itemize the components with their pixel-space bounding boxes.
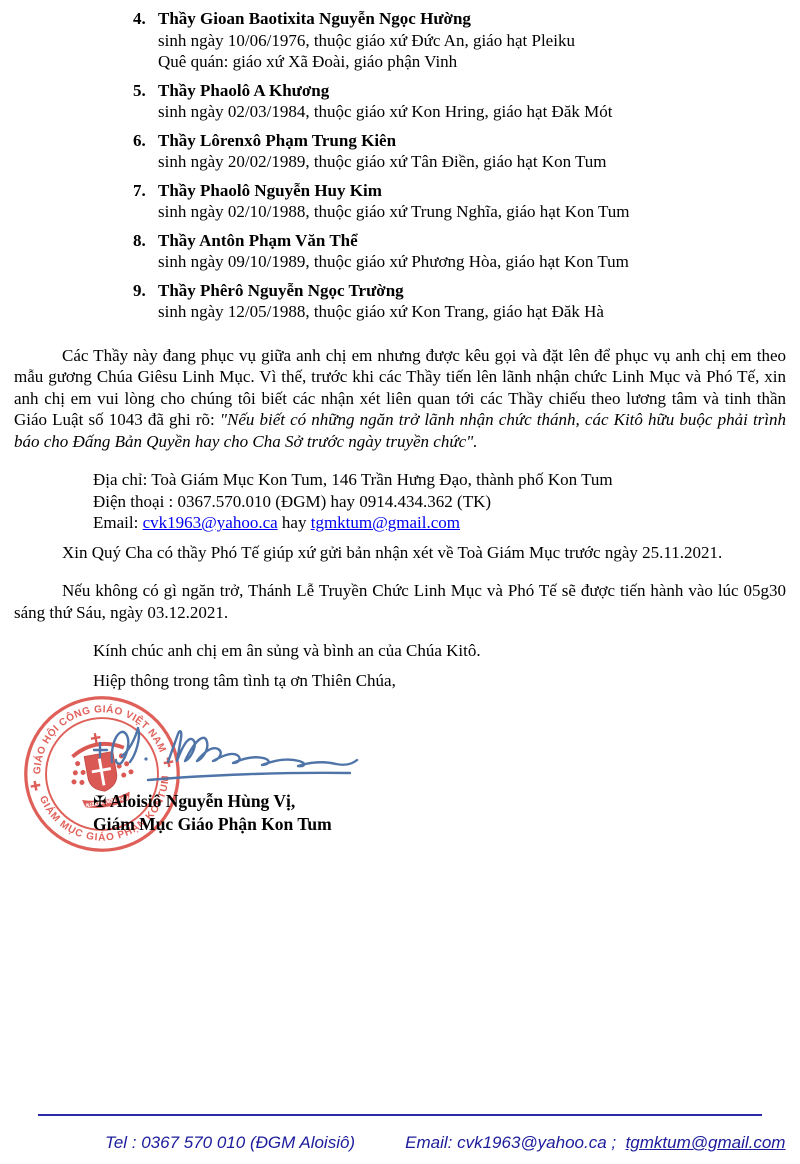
footer-email-yahoo: cvk1963@yahoo.ca bbox=[457, 1133, 607, 1153]
list-item: 7. Thầy Phaolô Nguyễn Huy Kim sinh ngày … bbox=[133, 180, 786, 223]
footer-email-label: Email: bbox=[405, 1133, 457, 1153]
list-item-body: Thầy Phêrô Nguyễn Ngọc Trường sinh ngày … bbox=[158, 280, 604, 323]
list-item: 9. Thầy Phêrô Nguyễn Ngọc Trường sinh ng… bbox=[133, 280, 786, 323]
footer-email-separator: ; bbox=[607, 1133, 626, 1153]
paragraph-ordination: Nếu không có gì ngăn trở, Thánh Lễ Truyề… bbox=[14, 580, 786, 623]
candidate-detail: sinh ngày 20/02/1989, thuộc giáo xứ Tân … bbox=[158, 151, 607, 173]
candidate-list: 4. Thầy Gioan Baotixita Nguyễn Ngọc Hườn… bbox=[133, 8, 786, 323]
list-item: 5. Thầy Phaolô A Khương sinh ngày 02/03/… bbox=[133, 80, 786, 123]
phone-line: Điện thoại : 0367.570.010 (ĐGM) hay 0914… bbox=[93, 491, 786, 513]
candidate-name: Thầy Gioan Baotixita Nguyễn Ngọc Hường bbox=[158, 8, 575, 30]
candidate-name: Thầy Phaolô Nguyễn Huy Kim bbox=[158, 180, 630, 202]
candidate-name: Thầy Antôn Phạm Văn Thể bbox=[158, 230, 629, 252]
list-item-body: Thầy Antôn Phạm Văn Thể sinh ngày 09/10/… bbox=[158, 230, 629, 273]
signer-title: Giám Mục Giáo Phận Kon Tum bbox=[93, 813, 332, 836]
paragraph-notice: Các Thầy này đang phục vụ giữa anh chị e… bbox=[14, 345, 786, 453]
list-item-number: 6. bbox=[133, 130, 158, 173]
list-item: 6. Thầy Lôrenxô Phạm Trung Kiên sinh ngà… bbox=[133, 130, 786, 173]
list-item: 4. Thầy Gioan Baotixita Nguyễn Ngọc Hườn… bbox=[133, 8, 786, 73]
bishop-signature bbox=[86, 698, 378, 798]
page-footer: Tel : 0367 570 010 (ĐGM Aloisiô) Email: … bbox=[0, 1114, 800, 1164]
email-label: Email: bbox=[93, 513, 143, 532]
list-item-number: 9. bbox=[133, 280, 158, 323]
address-line: Địa chỉ: Toà Giám Mục Kon Tum, 146 Trần … bbox=[93, 469, 786, 491]
candidate-detail: sinh ngày 10/06/1976, thuộc giáo xứ Đức … bbox=[158, 30, 575, 52]
blessing-line: Kính chúc anh chị em ân sủng và bình an … bbox=[93, 640, 786, 662]
list-item-body: Thầy Lôrenxô Phạm Trung Kiên sinh ngày 2… bbox=[158, 130, 607, 173]
candidate-detail: sinh ngày 12/05/1988, thuộc giáo xứ Kon … bbox=[158, 301, 604, 323]
signer-block: ✠ Aloisiô Nguyễn Hùng Vị, Giám Mục Giáo … bbox=[93, 790, 332, 836]
list-item-body: Thầy Gioan Baotixita Nguyễn Ngọc Hường s… bbox=[158, 8, 575, 73]
list-item: 8. Thầy Antôn Phạm Văn Thể sinh ngày 09/… bbox=[133, 230, 786, 273]
footer-divider bbox=[38, 1114, 762, 1116]
candidate-detail: Quê quán: giáo xứ Xã Đoài, giáo phận Vin… bbox=[158, 51, 575, 73]
candidate-detail: sinh ngày 02/10/1988, thuộc giáo xứ Trun… bbox=[158, 201, 630, 223]
footer-email-gmail-link[interactable]: tgmktum@gmail.com bbox=[626, 1133, 786, 1153]
email-link-gmail[interactable]: tgmktum@gmail.com bbox=[311, 513, 460, 532]
signature-area: GIÁO HỘI CÔNG GIÁO VIỆT NAM GIÁM MỤC GIÁ… bbox=[14, 694, 786, 846]
list-item-body: Thầy Phaolô Nguyễn Huy Kim sinh ngày 02/… bbox=[158, 180, 630, 223]
list-item-number: 8. bbox=[133, 230, 158, 273]
email-link-yahoo[interactable]: cvk1963@yahoo.ca bbox=[143, 513, 278, 532]
seal-cross-left-icon bbox=[30, 780, 41, 791]
signer-name-text: Aloisiô Nguyễn Hùng Vị, bbox=[106, 791, 295, 811]
list-item-number: 7. bbox=[133, 180, 158, 223]
list-item-number: 4. bbox=[133, 8, 158, 73]
candidate-name: Thầy Phêrô Nguyễn Ngọc Trường bbox=[158, 280, 604, 302]
list-item-number: 5. bbox=[133, 80, 158, 123]
list-item-body: Thầy Phaolô A Khương sinh ngày 02/03/198… bbox=[158, 80, 612, 123]
email-line: Email: cvk1963@yahoo.ca hay tgmktum@gmai… bbox=[93, 512, 786, 534]
paragraph-deadline: Xin Quý Cha có thầy Phó Tế giúp xứ gửi b… bbox=[14, 542, 786, 564]
signer-name: ✠ Aloisiô Nguyễn Hùng Vị, bbox=[93, 790, 332, 813]
candidate-name: Thầy Lôrenxô Phạm Trung Kiên bbox=[158, 130, 607, 152]
address-block: Địa chỉ: Toà Giám Mục Kon Tum, 146 Trần … bbox=[93, 469, 786, 534]
footer-tel: Tel : 0367 570 010 (ĐGM Aloisiô) bbox=[105, 1133, 355, 1153]
communion-line: Hiệp thông trong tâm tình tạ ơn Thiên Ch… bbox=[93, 670, 786, 692]
email-separator: hay bbox=[278, 513, 311, 532]
candidate-name: Thầy Phaolô A Khương bbox=[158, 80, 612, 102]
footer-contact-line: Tel : 0367 570 010 (ĐGM Aloisiô) Email: … bbox=[105, 1133, 800, 1153]
candidate-detail: sinh ngày 09/10/1989, thuộc giáo xứ Phươ… bbox=[158, 251, 629, 273]
candidate-detail: sinh ngày 02/03/1984, thuộc giáo xứ Kon … bbox=[158, 101, 612, 123]
letter-page: 4. Thầy Gioan Baotixita Nguyễn Ngọc Hườn… bbox=[0, 0, 800, 1164]
episcopal-cross-icon: ✠ bbox=[93, 792, 106, 811]
